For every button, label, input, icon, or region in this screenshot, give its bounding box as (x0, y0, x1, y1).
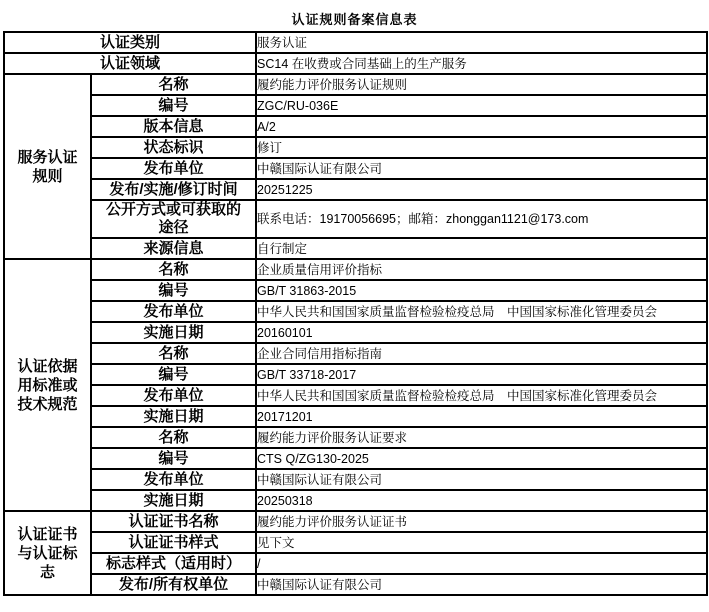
field-label: 实施日期 (91, 490, 256, 511)
table-row: 认证类别 服务认证 (4, 32, 707, 53)
table-row: 实施日期 20171201 (4, 406, 707, 427)
field-label: 发布单位 (91, 469, 256, 490)
table-row: 认证依据 用标准或 技术规范 名称 企业质量信用评价指标 (4, 259, 707, 280)
table-row: 认证领域 SC14 在收费或合同基础上的生产服务 (4, 53, 707, 74)
table-row: 编号 GB/T 33718-2017 (4, 364, 707, 385)
value-cell: 企业质量信用评价指标 (256, 259, 707, 280)
filing-info-table: 认证类别 服务认证 认证领域 SC14 在收费或合同基础上的生产服务 服务认证 … (3, 31, 708, 596)
value-cell: GB/T 31863-2015 (256, 280, 707, 301)
field-label: 名称 (91, 427, 256, 448)
field-label: 实施日期 (91, 406, 256, 427)
value-cell: 修订 (256, 137, 707, 158)
value-cell: / (256, 553, 707, 574)
table-row: 版本信息 A/2 (4, 116, 707, 137)
field-label: 状态标识 (91, 137, 256, 158)
value-cell: 自行制定 (256, 238, 707, 259)
field-label: 名称 (91, 259, 256, 280)
value-cell: 中赣国际认证有限公司 (256, 158, 707, 179)
value-cell: 企业合同信用指标指南 (256, 343, 707, 364)
value-cell: 中华人民共和国国家质量监督检验检疫总局 中国国家标准化管理委员会 (256, 385, 707, 406)
value-cell: 中赣国际认证有限公司 (256, 469, 707, 490)
field-label: 认证证书名称 (91, 511, 256, 532)
table-row: 发布/实施/修订时间 20251225 (4, 179, 707, 200)
value-cert-field: SC14 在收费或合同基础上的生产服务 (256, 53, 707, 74)
value-cell: 履约能力评价服务认证规则 (256, 74, 707, 95)
table-row: 编号 ZGC/RU-036E (4, 95, 707, 116)
field-label: 发布单位 (91, 385, 256, 406)
field-label: 编号 (91, 364, 256, 385)
field-label: 发布/实施/修订时间 (91, 179, 256, 200)
value-cell: 20160101 (256, 322, 707, 343)
table-row: 实施日期 20250318 (4, 490, 707, 511)
field-label: 发布/所有权单位 (91, 574, 256, 595)
value-cell: 履约能力评价服务认证证书 (256, 511, 707, 532)
table-row: 发布单位 中华人民共和国国家质量监督检验检疫总局 中国国家标准化管理委员会 (4, 385, 707, 406)
table-row: 编号 GB/T 31863-2015 (4, 280, 707, 301)
field-label: 发布单位 (91, 158, 256, 179)
table-row: 发布单位 中华人民共和国国家质量监督检验检疫总局 中国国家标准化管理委员会 (4, 301, 707, 322)
table-row: 实施日期 20160101 (4, 322, 707, 343)
field-label: 发布单位 (91, 301, 256, 322)
field-label: 公开方式或可获取的 途径 (91, 200, 256, 238)
value-cell: 中赣国际认证有限公司 (256, 574, 707, 595)
value-cell: 履约能力评价服务认证要求 (256, 427, 707, 448)
field-label: 来源信息 (91, 238, 256, 259)
value-cell: 见下文 (256, 532, 707, 553)
value-cell: CTS Q/ZG130-2025 (256, 448, 707, 469)
table-row: 服务认证 规则 名称 履约能力评价服务认证规则 (4, 74, 707, 95)
field-label-cert-field: 认证领域 (4, 53, 256, 74)
group-label-service-cert-rules: 服务认证 规则 (4, 74, 91, 259)
value-cell: 20171201 (256, 406, 707, 427)
page-title: 认证规则备案信息表 (0, 0, 709, 31)
value-cell: 20250318 (256, 490, 707, 511)
table-row: 公开方式或可获取的 途径 联系电话：19170056695；邮箱：zhongga… (4, 200, 707, 238)
group-label-cert-basis-standards: 认证依据 用标准或 技术规范 (4, 259, 91, 511)
field-label-cert-category: 认证类别 (4, 32, 256, 53)
table-row: 发布/所有权单位 中赣国际认证有限公司 (4, 574, 707, 595)
field-label: 编号 (91, 280, 256, 301)
value-cell: 20251225 (256, 179, 707, 200)
table-row: 名称 履约能力评价服务认证要求 (4, 427, 707, 448)
field-label: 名称 (91, 343, 256, 364)
table-row: 名称 企业合同信用指标指南 (4, 343, 707, 364)
table-row: 标志样式（适用时） / (4, 553, 707, 574)
table-row: 状态标识 修订 (4, 137, 707, 158)
field-label: 编号 (91, 448, 256, 469)
field-label: 认证证书样式 (91, 532, 256, 553)
table-row: 编号 CTS Q/ZG130-2025 (4, 448, 707, 469)
table-row: 来源信息 自行制定 (4, 238, 707, 259)
value-cell: ZGC/RU-036E (256, 95, 707, 116)
table-row: 发布单位 中赣国际认证有限公司 (4, 158, 707, 179)
field-label: 编号 (91, 95, 256, 116)
field-label: 标志样式（适用时） (91, 553, 256, 574)
field-label: 实施日期 (91, 322, 256, 343)
value-cell: 联系电话：19170056695；邮箱：zhonggan1121@173.com (256, 200, 707, 238)
value-cert-category: 服务认证 (256, 32, 707, 53)
table-row: 认证证书 与认证标 志 认证证书名称 履约能力评价服务认证证书 (4, 511, 707, 532)
table-row: 发布单位 中赣国际认证有限公司 (4, 469, 707, 490)
value-cell: GB/T 33718-2017 (256, 364, 707, 385)
value-cell: A/2 (256, 116, 707, 137)
field-label: 名称 (91, 74, 256, 95)
group-label-cert-certificate-mark: 认证证书 与认证标 志 (4, 511, 91, 595)
table-row: 认证证书样式 见下文 (4, 532, 707, 553)
value-cell: 中华人民共和国国家质量监督检验检疫总局 中国国家标准化管理委员会 (256, 301, 707, 322)
field-label: 版本信息 (91, 116, 256, 137)
